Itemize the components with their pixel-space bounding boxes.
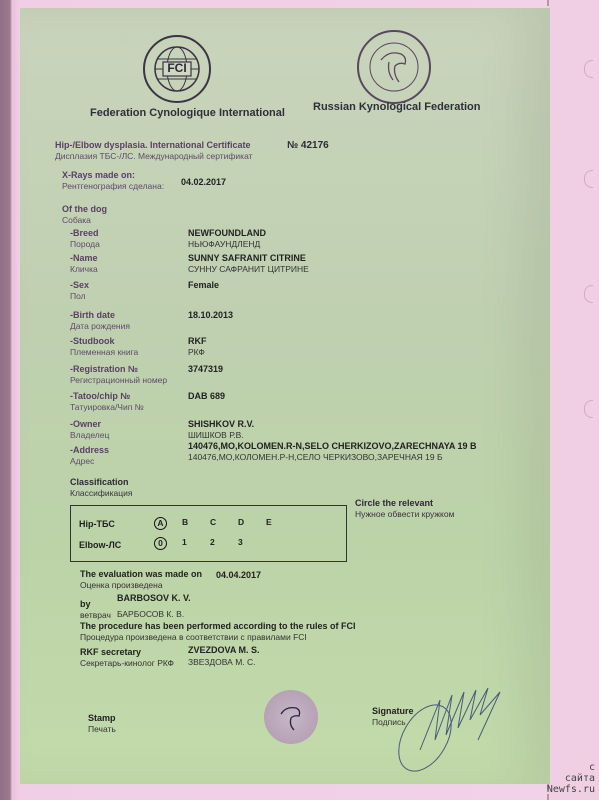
field-value-ru: 140476,МО,КОЛОМЕН.Р-Н,СЕЛО ЧЕРКИЗОВО,ЗАР…	[188, 452, 443, 463]
rkf-stamp	[264, 690, 318, 744]
procedure-note-ru: Процедура произведена в соответствии с п…	[80, 632, 307, 643]
field-label-ru: Владелец	[70, 430, 109, 441]
dog-section-label-ru: Собака	[62, 215, 91, 226]
fci-logo-text: FCI	[145, 61, 209, 75]
hip-grade-A: A	[154, 517, 167, 530]
certificate-title-ru: Дисплазия ТБС-/ЛС. Международный сертифи…	[55, 151, 253, 162]
xray-date: 04.02.2017	[181, 177, 226, 188]
field-label-ru: Порода	[70, 239, 100, 250]
field-value-en: NEWFOUNDLAND	[188, 228, 266, 239]
field-label-ru: Пол	[70, 291, 86, 302]
field-value-en: 140476,MO,KOLOMEN.R-N,SELO CHERKIZOVO,ZA…	[188, 441, 477, 452]
binder-sleeve-edge	[547, 0, 599, 800]
hip-grade-C: C	[210, 517, 216, 527]
elbow-grade-2: 2	[210, 537, 215, 547]
field-label-ru: Адрес	[70, 456, 94, 467]
xray-label-en: X-Rays made on:	[62, 170, 135, 181]
field-label-ru: Дата рождения	[70, 321, 130, 332]
circle-note-ru: Нужное обвести кружком	[355, 509, 454, 520]
field-value-en: Female	[188, 280, 219, 291]
by-label-ru: ветврач	[80, 610, 111, 621]
hip-grade-B: B	[182, 517, 188, 527]
stamp-label-en: Stamp	[88, 713, 116, 724]
rkf-logo	[357, 30, 431, 104]
classification-label-ru: Классификация	[70, 488, 132, 499]
elbow-grade-3: 3	[238, 537, 243, 547]
hip-grade-D: D	[238, 517, 244, 527]
xray-label-ru: Рентгенография сделана:	[62, 181, 164, 192]
fci-org-name: Federation Cynologique International	[90, 107, 285, 119]
field-label-ru: Кличка	[70, 264, 98, 275]
evaluation-label-ru: Оценка произведена	[80, 580, 163, 591]
signature-scribble	[380, 680, 520, 780]
elbow-grade-0: 0	[154, 537, 167, 550]
field-label-ru: Регистрационный номер	[70, 375, 167, 386]
secretary-name-ru: ЗВЕЗДОВА М. С.	[188, 657, 256, 668]
fci-logo: FCI	[143, 35, 211, 103]
field-value-ru: РКФ	[188, 347, 205, 358]
field-value-ru: ШИШКОВ Р.В.	[188, 430, 244, 441]
field-label-en: -Breed	[70, 228, 99, 239]
certificate-title-en: Hip-/Elbow dysplasia. International Cert…	[55, 140, 251, 151]
secretary-label-ru: Секретарь-кинолог РКФ	[80, 658, 174, 669]
field-label-en: -Sex	[70, 280, 89, 291]
field-label-en: -Registration №	[70, 364, 138, 375]
hip-label: Hip-ТБС	[79, 519, 115, 530]
field-value-ru: НЬЮФАУНДЛЕНД	[188, 239, 260, 250]
certificate-number: № 42176	[287, 140, 329, 151]
field-label-en: -Tatoo/chip №	[70, 391, 130, 402]
field-label-en: -Name	[70, 253, 98, 264]
secretary-name-en: ZVEZDOVA M. S.	[188, 645, 260, 656]
field-value-en: DAB 689	[188, 391, 225, 402]
field-value-en: SHISHKOV R.V.	[188, 419, 254, 430]
field-label-en: -Address	[70, 445, 109, 456]
field-label-en: -Owner	[70, 419, 101, 430]
elbow-label: Elbow-ЛС	[79, 540, 121, 551]
evaluation-label-en: The evaluation was made on	[80, 569, 202, 580]
hip-grade-E: E	[266, 517, 272, 527]
by-label-en: by	[80, 599, 91, 610]
vet-name-ru: БАРБОСОВ К. В.	[117, 609, 184, 620]
field-value-en: RKF	[188, 336, 207, 347]
secretary-label-en: RKF secretary	[80, 647, 141, 658]
field-value-en: 18.10.2013	[188, 310, 233, 321]
vet-name-en: BARBOSOV K. V.	[117, 593, 191, 604]
classification-label-en: Classification	[70, 477, 129, 488]
elbow-grade-1: 1	[182, 537, 187, 547]
procedure-note-en: The procedure has been performed accordi…	[80, 621, 356, 632]
field-value-en: 3747319	[188, 364, 223, 375]
field-label-ru: Племенная книга	[70, 347, 138, 358]
circle-note-en: Circle the relevant	[355, 498, 433, 509]
evaluation-date: 04.04.2017	[216, 570, 261, 581]
classification-box: Hip-ТБС Elbow-ЛС ABCDE 0123	[70, 505, 347, 562]
site-watermark: с сайта Newfs.ru	[547, 762, 595, 795]
field-label-en: -Studbook	[70, 336, 115, 347]
rkf-org-name: Russian Kynological Federation	[313, 101, 480, 113]
stamp-label-ru: Печать	[88, 724, 116, 735]
field-value-ru: СУННУ САФРАНИТ ЦИТРИНЕ	[188, 264, 309, 275]
dog-section-label-en: Of the dog	[62, 204, 107, 215]
field-label-en: -Birth date	[70, 310, 115, 321]
field-label-ru: Татуировка/Чип №	[70, 402, 144, 413]
field-value-en: SUNNY SAFRANIT CITRINE	[188, 253, 306, 264]
